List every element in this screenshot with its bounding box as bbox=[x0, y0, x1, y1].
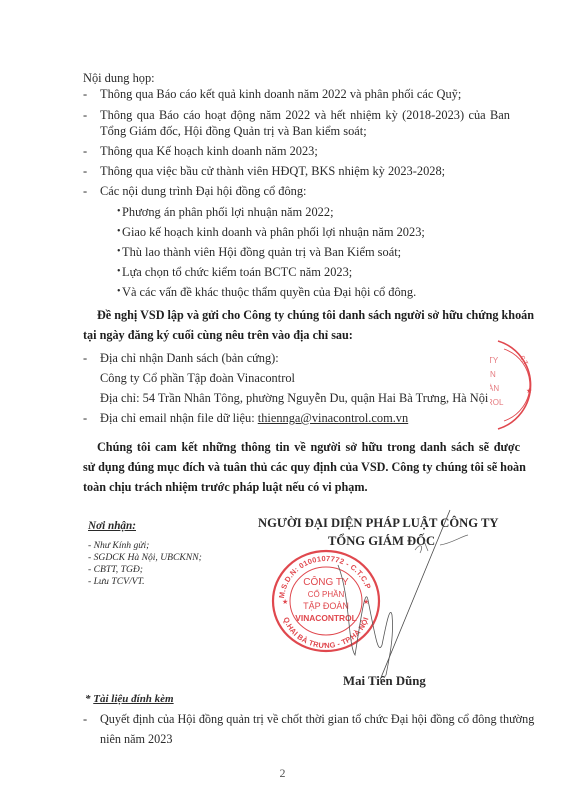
dash-marker: - bbox=[83, 86, 87, 102]
dash-marker: - bbox=[83, 107, 87, 123]
email-line: Địa chỉ email nhận file dữ liệu: thienng… bbox=[100, 410, 408, 426]
recipient-item: - SGDCK Hà Nội, UBCKNN; bbox=[88, 552, 202, 564]
agenda-item-continued: Tổng Giám đốc, Hội đồng Quản trị và Ban … bbox=[100, 123, 367, 139]
seal-partial-line: ÀN bbox=[490, 384, 499, 393]
bullet-marker: • bbox=[117, 224, 121, 240]
commitment-paragraph-line: sử dụng đúng mục đích và tuân thủ các qu… bbox=[83, 459, 520, 475]
signatory-name: Mai Tiến Dũng bbox=[343, 674, 426, 689]
agenda-item: Thông qua Báo cáo kết quả kinh doanh năm… bbox=[100, 86, 461, 102]
bullet-marker: • bbox=[117, 204, 121, 220]
agenda-item: Thông qua Báo cáo hoạt động năm 2022 và … bbox=[100, 107, 510, 123]
recipient-item: - Như Kính gửi; bbox=[88, 540, 149, 552]
attachments-title: * Tài liệu đính kèm bbox=[85, 693, 174, 705]
agenda-item: Thông qua Kế hoạch kinh doanh năm 2023; bbox=[100, 143, 318, 159]
dash-marker: - bbox=[83, 711, 87, 727]
recipient-item: - CBTT, TGĐ; bbox=[88, 564, 143, 576]
svg-text:★: ★ bbox=[526, 387, 532, 395]
bullet-marker: • bbox=[117, 264, 121, 280]
hardcopy-address-label: Địa chỉ nhận Danh sách (bản cứng): bbox=[100, 350, 279, 366]
email-link[interactable]: thiennga@vinacontrol.com.vn bbox=[258, 411, 408, 425]
agenda-item: Các nội dung trình Đại hội đồng cổ đông: bbox=[100, 183, 306, 199]
attachments-marker: * bbox=[85, 693, 93, 705]
email-label: Địa chỉ email nhận file dữ liệu: bbox=[100, 411, 258, 425]
attachments-title-text: Tài liệu đính kèm bbox=[93, 693, 173, 705]
agenda-sub-item: Lựa chọn tổ chức kiểm toán BCTC năm 2023… bbox=[122, 264, 352, 280]
dash-marker: - bbox=[83, 350, 87, 366]
recipient-item: - Lưu TCV/VT. bbox=[88, 576, 145, 588]
bullet-marker: • bbox=[117, 284, 121, 300]
dash-marker: - bbox=[83, 143, 87, 159]
agenda-heading: Nội dung họp: bbox=[83, 70, 155, 86]
dash-marker: - bbox=[83, 163, 87, 179]
dash-marker: - bbox=[83, 183, 87, 199]
attachment-item-continued: niên năm 2023 bbox=[100, 731, 172, 747]
svg-text:★: ★ bbox=[282, 598, 288, 606]
commitment-paragraph-line: toàn chịu trách nhiệm trước pháp luật nế… bbox=[83, 479, 368, 495]
company-seal-partial: TY N ÀN ROL C.T ★ bbox=[490, 335, 550, 435]
seal-partial-line: TY bbox=[490, 356, 499, 365]
attachment-item: Quyết định của Hội đồng quản trị về chốt… bbox=[100, 711, 534, 727]
request-paragraph-line: tại ngày đăng ký cuối cùng nêu trên vào … bbox=[83, 327, 353, 343]
handwritten-signature bbox=[320, 505, 470, 685]
agenda-sub-item: Thù lao thành viên Hội đồng quản trị và … bbox=[122, 244, 401, 260]
svg-text:C.T: C.T bbox=[518, 355, 528, 367]
document-page: Nội dung họp: - Thông qua Báo cáo kết qu… bbox=[0, 0, 565, 799]
company-address: Địa chỉ: 54 Trần Nhân Tông, phường Nguyễ… bbox=[100, 390, 488, 406]
seal-partial-line: ROL bbox=[490, 398, 504, 407]
seal-partial-line: N bbox=[490, 370, 496, 379]
agenda-item: Thông qua việc bầu cử thành viên HĐQT, B… bbox=[100, 163, 445, 179]
dash-marker: - bbox=[83, 410, 87, 426]
page-number: 2 bbox=[0, 766, 565, 781]
request-paragraph-line: Đề nghị VSD lập và gửi cho Công ty chúng… bbox=[97, 307, 534, 323]
company-name: Công ty Cổ phần Tập đoàn Vinacontrol bbox=[100, 370, 295, 386]
commitment-paragraph-line: Chúng tôi cam kết những thông tin về ngư… bbox=[97, 439, 520, 455]
recipients-title: Nơi nhận: bbox=[88, 520, 136, 532]
agenda-sub-item: Và các vấn đề khác thuộc thẩm quyền của … bbox=[122, 284, 416, 300]
agenda-sub-item: Giao kế hoạch kinh doanh và phân phối lợ… bbox=[122, 224, 425, 240]
agenda-sub-item: Phương án phân phối lợi nhuận năm 2022; bbox=[122, 204, 334, 220]
bullet-marker: • bbox=[117, 244, 121, 260]
